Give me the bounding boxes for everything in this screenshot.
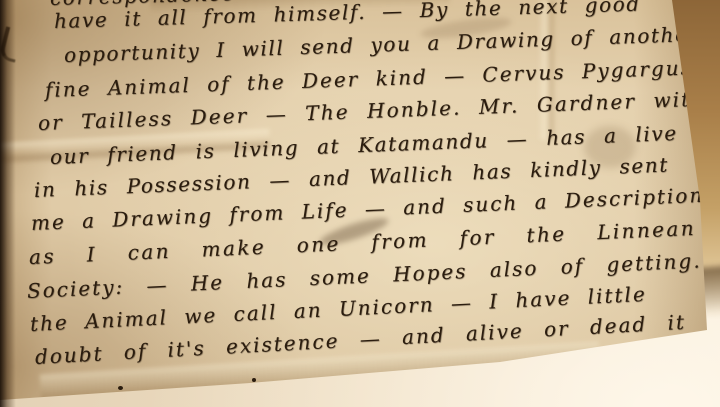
letter-paper: correspondence have it all from himself.… (0, 0, 720, 407)
ink-dot (252, 378, 256, 382)
paper-left-fold-edge (0, 0, 16, 407)
letter-photo: correspondence have it all from himself.… (0, 0, 720, 407)
ink-dot (118, 386, 123, 390)
